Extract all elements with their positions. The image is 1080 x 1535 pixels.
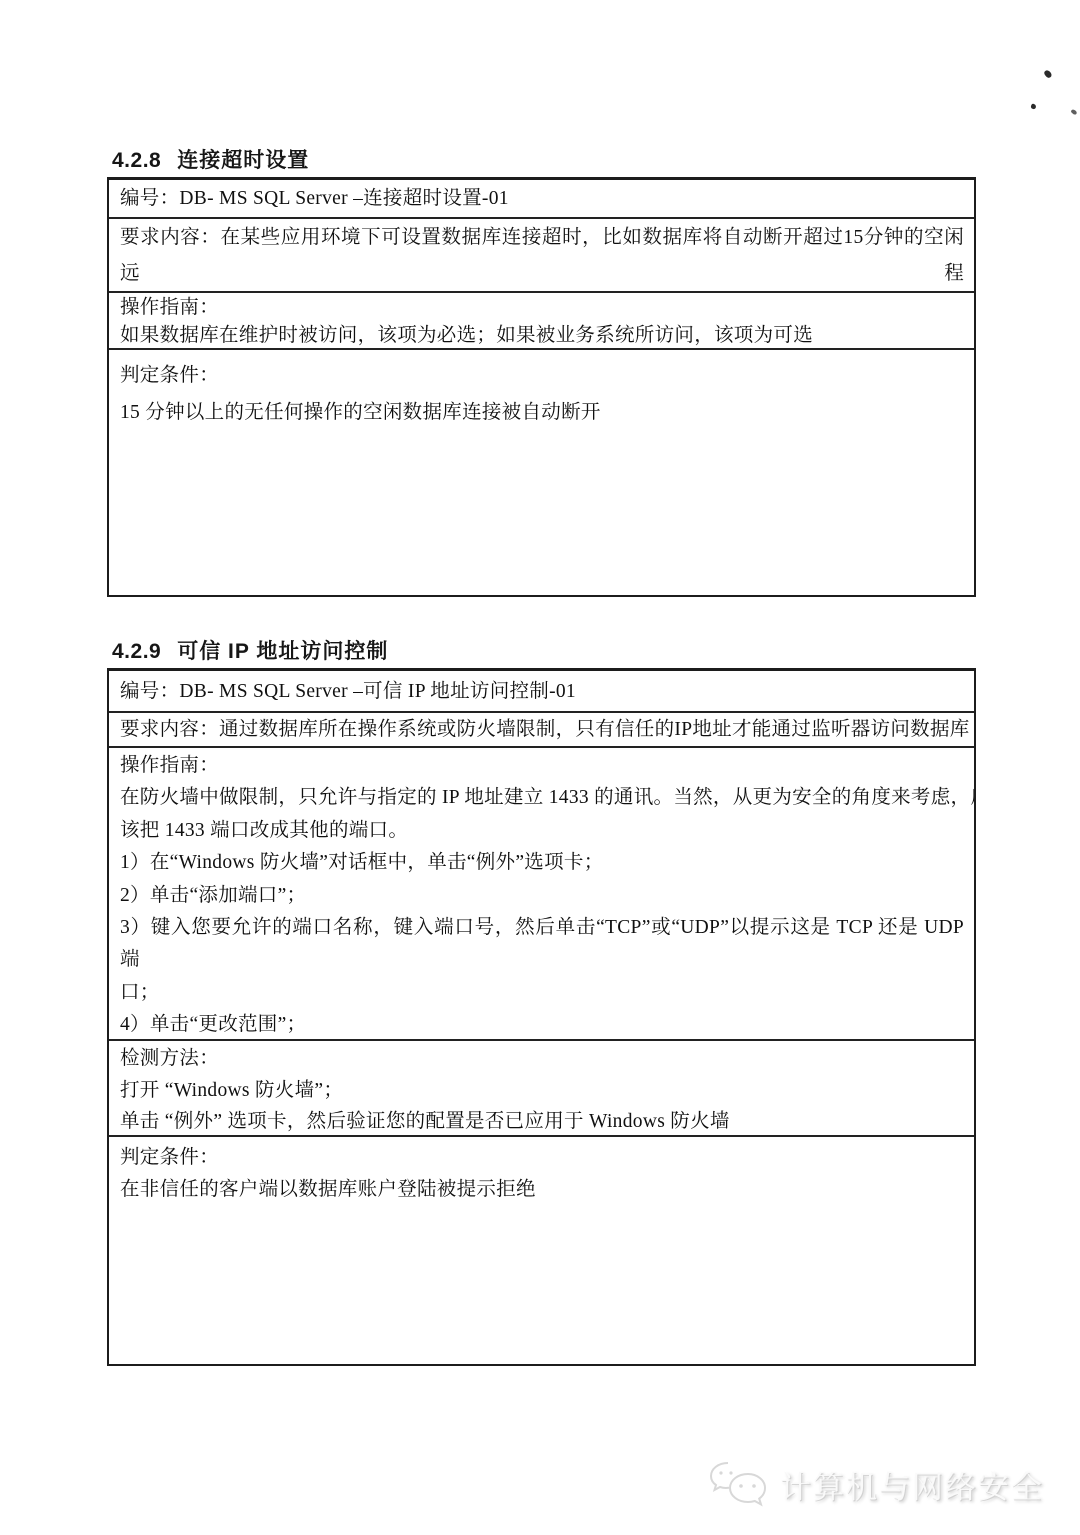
table-row-detection-method: 检测方法： 打开 “Windows 防火墙”； 单击 “例外” 选项卡，然后验证… [109,1041,974,1137]
section-heading-428: 4.2.8连接超时设置 [112,144,309,174]
row-line: 15 分钟以上的无任何操作的空闲数据库连接被自动断开 [120,394,964,431]
row-line: 检测方法： [120,1043,964,1075]
row-line: 要求内容：在某些应用环境下可设置数据库连接超时，比如数据库将自动断开超过15分钟… [120,220,964,292]
section-number: 4.2.9 [112,640,161,663]
scan-speck [1030,103,1036,109]
table-row-id: 编号：DB- MS SQL Server –可信 IP 地址访问控制-01 [109,671,974,713]
row-line: 编号：DB- MS SQL Server –可信 IP 地址访问控制-01 [120,673,964,710]
row-line: 判定条件： [120,1142,964,1174]
row-line: 单击 “例外” 选项卡，然后验证您的配置是否已应用于 Windows 防火墙 [120,1106,964,1137]
row-line: 要求内容：通过数据库所在操作系统或防火墙限制，只有信任的IP地址才能通过监听器访… [120,715,964,745]
table-row-operation-guide: 操作指南： 如果数据库在维护时被访问，该项为必选；如果被业务系统所访问，该项为可… [109,293,974,350]
row-line: 打开 “Windows 防火墙”； [120,1075,964,1107]
table-row-requirement: 要求内容：在某些应用环境下可设置数据库连接超时，比如数据库将自动断开超过15分钟… [109,219,974,293]
row-line: 4）单击“更改范围”； [120,1009,964,1041]
section-number: 4.2.8 [112,149,161,172]
spec-table-trusted-ip: 编号：DB- MS SQL Server –可信 IP 地址访问控制-01 要求… [107,668,976,1366]
row-line: 如果数据库在维护时被访问，该项为必选；如果被业务系统所访问，该项为可选 [120,322,964,350]
scan-speck [1070,109,1077,116]
row-line: 口； [120,977,964,1009]
table-row-judgement: 判定条件： 在非信任的客户端以数据库账户登陆被提示拒绝 [109,1137,974,1364]
watermark-text: 计算机与网络安全 [780,1462,1044,1507]
row-line: 在防火墙中做限制，只允许与指定的 IP 地址建立 1433 的通讯。当然，从更为… [120,782,964,814]
scanned-document-page: 4.2.8连接超时设置 编号：DB- MS SQL Server –连接超时设置… [0,0,1080,1535]
row-line: 1）在“Windows 防火墙”对话框中，单击“例外”选项卡； [120,847,964,879]
row-line: 编号：DB- MS SQL Server –连接超时设置-01 [120,182,964,216]
row-line: 判定条件： [120,357,964,394]
table-row-operation-guide: 操作指南： 在防火墙中做限制，只允许与指定的 IP 地址建立 1433 的通讯。… [109,748,974,1041]
row-line: 操作指南： [120,294,964,322]
table-row-judgement: 判定条件： 15 分钟以上的无任何操作的空闲数据库连接被自动断开 [109,350,974,595]
row-line: 在非信任的客户端以数据库账户登陆被提示拒绝 [120,1174,964,1206]
scan-speck [1043,69,1053,79]
row-line: 2）单击“添加端口”； [120,880,964,912]
row-line: 操作指南： [120,750,964,782]
section-title: 连接超时设置 [177,149,309,172]
section-title: 可信 IP 地址访问控制 [177,640,388,663]
row-line: 该把 1433 端口改成其他的端口。 [120,815,964,847]
spec-table-connection-timeout: 编号：DB- MS SQL Server –连接超时设置-01 要求内容：在某些… [107,177,976,597]
table-row-requirement: 要求内容：通过数据库所在操作系统或防火墙限制，只有信任的IP地址才能通过监听器访… [109,713,974,748]
watermark: 计算机与网络安全 [708,1460,1044,1508]
row-line: 3）键入您要允许的端口名称，键入端口号，然后单击“TCP”或“UDP”以提示这是… [120,912,964,977]
wechat-icon [708,1460,770,1508]
section-heading-429: 4.2.9可信 IP 地址访问控制 [112,635,388,665]
table-row-id: 编号：DB- MS SQL Server –连接超时设置-01 [109,180,974,219]
